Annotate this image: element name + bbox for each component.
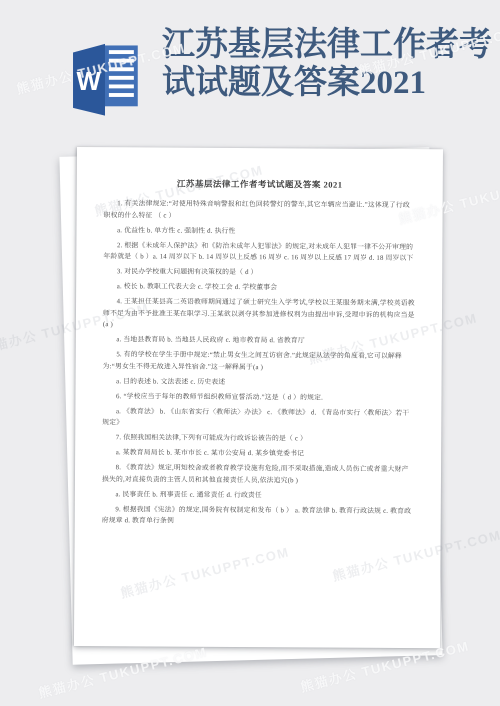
- document-paragraph: a. 某教育局局长 b. 某市市长 c. 某市公安局 d. 某乡镇党委书记: [102, 447, 414, 460]
- document-paragraph: a. 目的表述 b. 文法表述 c. 历史表述: [103, 376, 415, 389]
- document-title: 江苏基层法律工作者考试试题及答案 2021: [104, 177, 416, 191]
- document-paragraph: 1. 有关法律规定:“对使用特殊音响警报和红色回转警灯的警车,其它车辆应当避让.…: [104, 198, 416, 223]
- document-page: 江苏基层法律工作者考试试题及答案 2021 1. 有关法律规定:“对使用特殊音响…: [74, 147, 443, 648]
- preview-header: W 江苏基层法律工作者考试试题及答案2021: [0, 0, 500, 140]
- page-title: 江苏基层法律工作者考试试题及答案2021: [162, 26, 500, 102]
- document-paragraph: 7. 依照我国相关法律,下列有可能成为行政诉讼被告的是（ c ）: [102, 432, 414, 445]
- document-paragraph: a. 校长 b. 教职工代表大会 c. 学校工会 d. 学校董事会: [103, 281, 415, 294]
- document-paragraph: 3. 对民办学校重大问题拥有决策权的是（ d ）: [103, 266, 415, 279]
- word-file-icon: W: [66, 40, 144, 118]
- document-paragraph: 4. 王某担任某县高二英语教师期间通过了硕士研究生入学考试,学校以王某服务期未满…: [103, 296, 415, 332]
- document-paragraph: 5. 有的学校在学生手册中规定:“禁止男女生之间互访宿舍.”此规定从法学的角度看…: [103, 349, 415, 374]
- document-body: 1. 有关法律规定:“对使用特殊音响警报和红色回转警灯的警车,其它车辆应当避让.…: [102, 198, 416, 528]
- document-paragraph: a. 《教育法》 b. 《山东省实行〈教师法〉办法》 c. 《教师法》 d. 《…: [102, 406, 414, 431]
- word-logo: W: [66, 40, 144, 118]
- document-paragraph: 6. “学校应当于每年的教师节组织教师宣誓活动.”这是（ d ）的规定.: [102, 391, 414, 404]
- document-paragraph: 2. 根据《未成年人保护法》和《防治未成年人犯罪法》的规定,对未成年人犯罪一律不…: [103, 240, 415, 265]
- document-paragraph: a. 民事责任 b. 刑事责任 c. 通常责任 d. 行政责任: [102, 489, 414, 502]
- document-paragraph: a. 当地县教育局 b. 当地县人民政府 c. 地市教育局 d. 省教育厅: [103, 334, 415, 347]
- word-letter: W: [76, 68, 101, 96]
- document-preview: W 江苏基层法律工作者考试试题及答案2021 江苏基层法律工作者考试试题及答案 …: [0, 0, 500, 706]
- document-paragraph: 9. 根据我国《宪法》的规定,国务院有权制定和发布（ b ） a. 教育法律 b…: [102, 504, 414, 529]
- document-paragraph: 8. 《教育法》规定,明知校舍或者教育教学设施有危险,而不采取措施,造成人员伤亡…: [102, 462, 414, 487]
- document-paragraph: a. 优益性 b. 单方性 c. 强制性 d. 执行性: [103, 225, 415, 238]
